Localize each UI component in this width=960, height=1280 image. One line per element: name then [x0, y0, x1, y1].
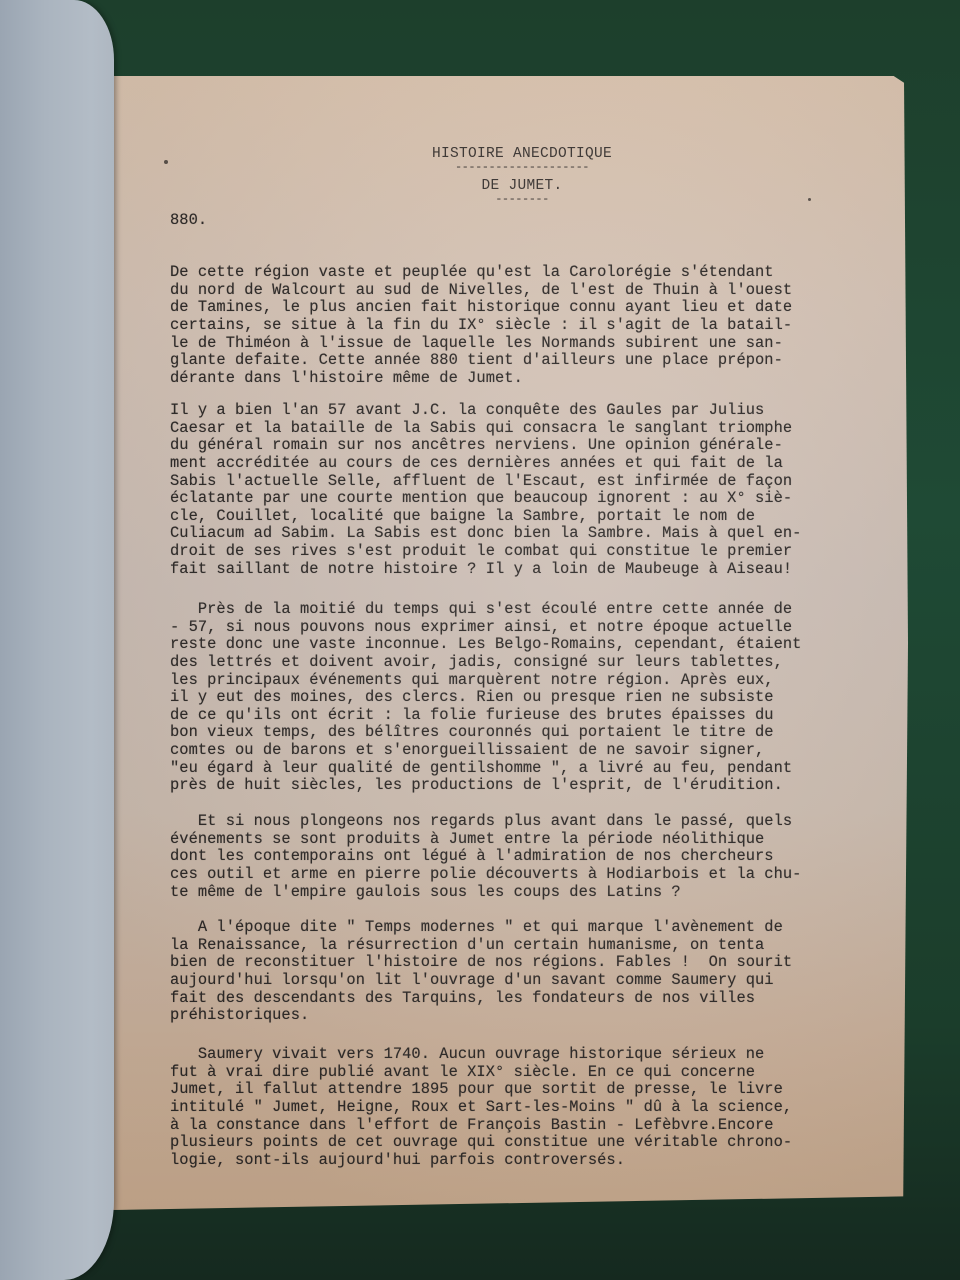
- paragraph-lines: A l'époque dite " Temps modernes " et qu…: [170, 919, 910, 1025]
- paragraph-lines: Saumery vivait vers 1740. Aucun ouvrage …: [170, 1046, 910, 1169]
- title-rule-2: --------: [382, 194, 662, 204]
- typewritten-page: HISTOIRE ANECDOTIQUE -------------------…: [112, 76, 908, 1210]
- ink-speck: [164, 160, 168, 164]
- title-rule-1: --------------------: [382, 162, 662, 172]
- ink-speck: [808, 198, 811, 201]
- paragraph-lines: Près de la moitié du temps qui s'est éco…: [170, 601, 910, 795]
- year-heading: 880.: [170, 212, 910, 230]
- paragraph-lines: Il y a bien l'an 57 avant J.C. la conquê…: [170, 402, 910, 578]
- paragraph-6: Saumery vivait vers 1740. Aucun ouvrage …: [170, 1011, 910, 1205]
- booklet-cover: [0, 0, 114, 1280]
- title-block: HISTOIRE ANECDOTIQUE -------------------…: [382, 146, 662, 204]
